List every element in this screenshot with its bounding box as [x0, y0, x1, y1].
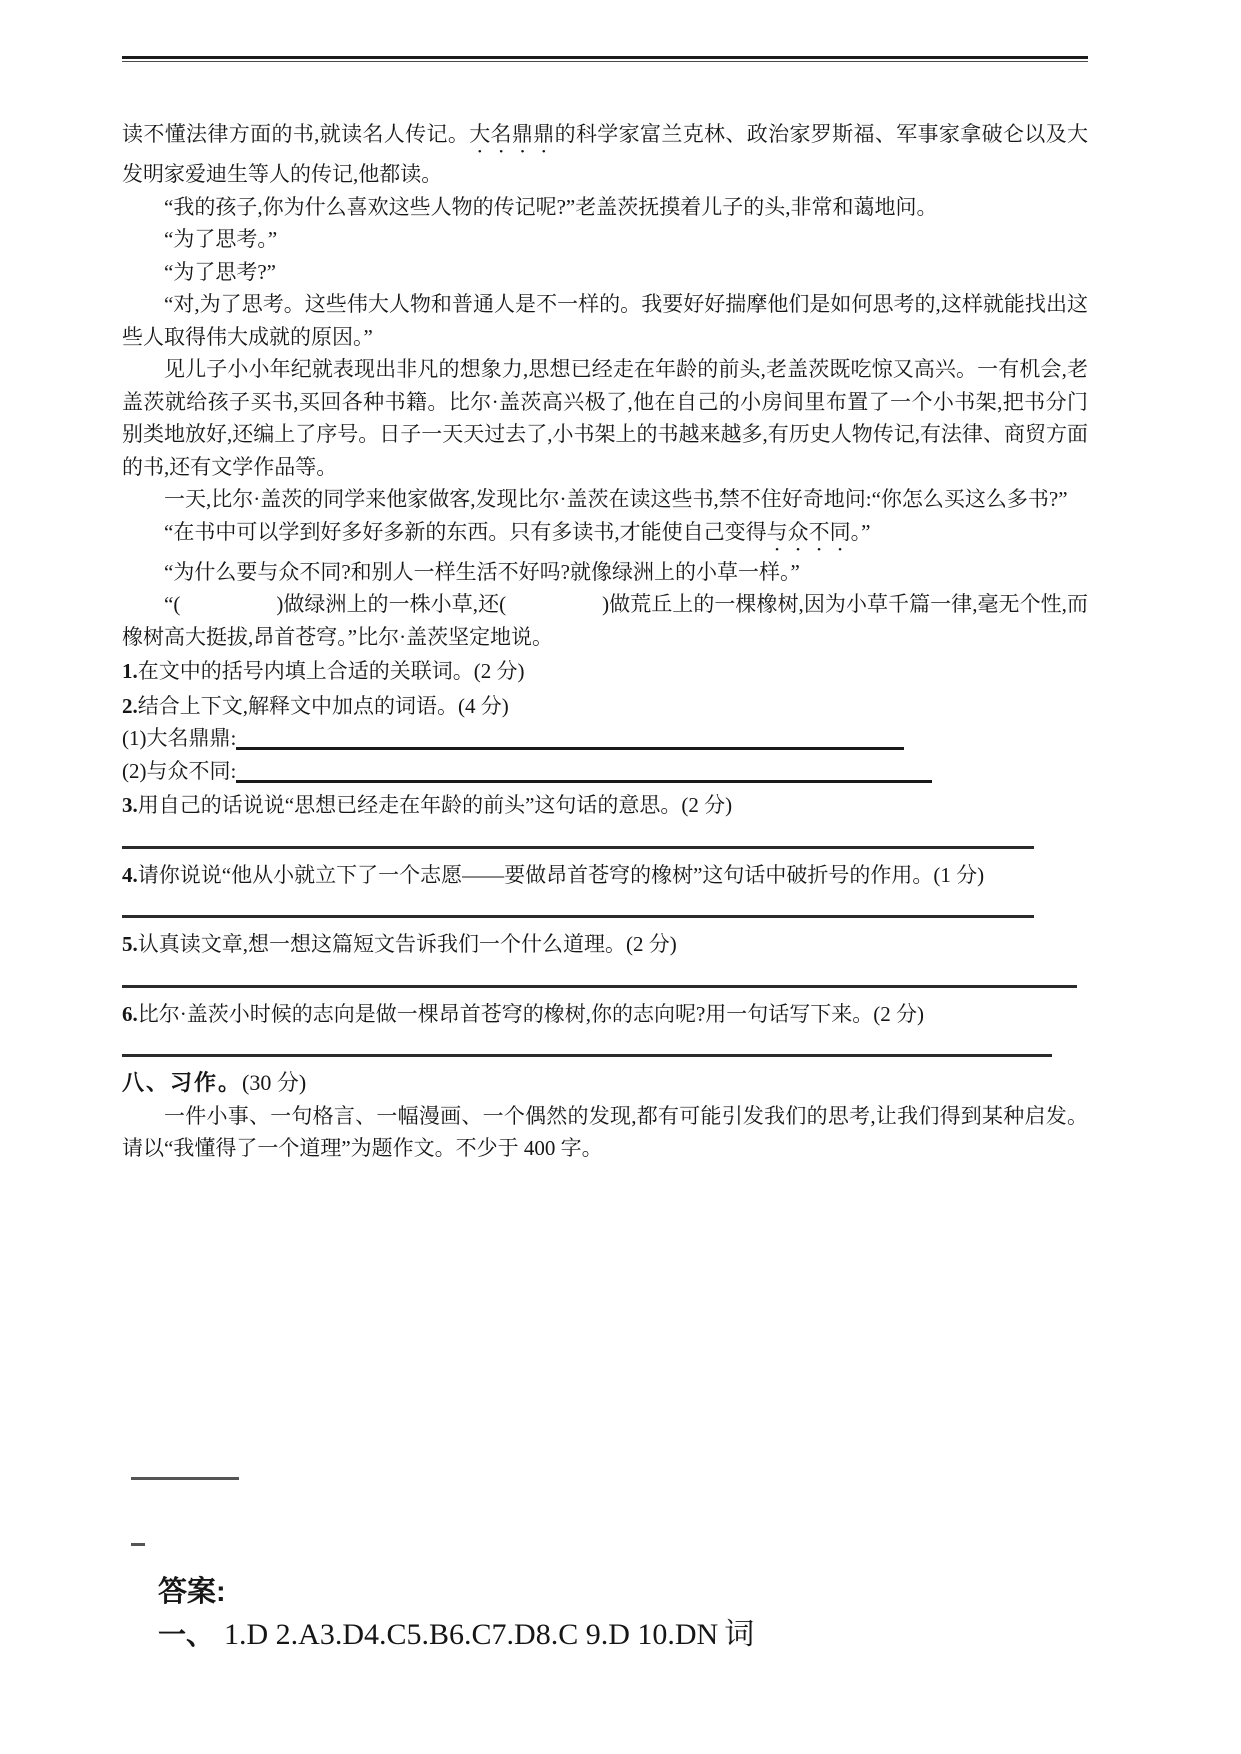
passage-text: “( [164, 592, 180, 616]
question-number: 4. [122, 863, 138, 887]
question-3: 3.用自己的话说说“思想已经走在年龄的前头”这句话的意思。(2 分) [122, 789, 1088, 822]
question-2-sub-2: (2)与众不同: [122, 755, 1088, 788]
question-number: 6. [122, 1002, 138, 1026]
passage-text: 读不懂法律方面的书,就读名人传记。 [122, 122, 469, 146]
passage-paragraph: “对,为了思考。这些伟大人物和普通人是不一样的。我要好好揣摩他们是如何思考的,这… [122, 288, 1088, 353]
answer-key: 答案: 一、1.D 2.A3.D4.C5.B6.C7.D8.C 9.D 10.D… [158, 1576, 754, 1653]
question-6: 6.比尔·盖茨小时候的志向是做一棵昂首苍穹的橡树,你的志向呢?用一句话写下来。(… [122, 998, 1088, 1031]
passage-paragraph: “()做绿洲上的一株小草,还()做荒丘上的一棵橡树,因为小草千篇一律,毫无个性,… [122, 588, 1088, 653]
page-mark-dash [131, 1543, 145, 1546]
question-2: 2.结合上下文,解释文中加点的词语。(4 分) [122, 690, 1088, 723]
question-number: 1. [122, 659, 138, 683]
question-2-sub-1: (1)大名鼎鼎: [122, 722, 1088, 755]
question-text: 比尔·盖茨小时候的志向是做一棵昂首苍穹的橡树,你的志向呢?用一句话写下来。(2 … [138, 1002, 924, 1026]
sub-question-label: (1)大名鼎鼎: [122, 726, 236, 750]
answer-key-row: 一、1.D 2.A3.D4.C5.B6.C7.D8.C 9.D 10.DN词 [158, 1618, 754, 1653]
question-number: 3. [122, 793, 138, 817]
passage-text: )做荒丘上的一棵橡树,因为小草千篇一律,毫无个性,而橡树高大挺拔,昂首苍穹。”比… [122, 592, 1088, 649]
passage-paragraph: 读不懂法律方面的书,就读名人传记。大名鼎鼎的科学家富兰克林、政治家罗斯福、军事家… [122, 118, 1088, 191]
passage-paragraph: 一天,比尔·盖茨的同学来他家做客,发现比尔·盖茨在读这些书,禁不住好奇地问:“你… [122, 483, 1088, 516]
answer-tail-char: 词 [724, 1618, 754, 1651]
answer-blank-line [122, 846, 1034, 849]
page-content: 读不懂法律方面的书,就读名人传记。大名鼎鼎的科学家富兰克林、政治家罗斯福、军事家… [122, 118, 1088, 1165]
exam-page: 读不懂法律方面的书,就读名人传记。大名鼎鼎的科学家富兰克林、政治家罗斯福、军事家… [0, 0, 1241, 1754]
question-4: 4.请你说说“他从小就立下了一个志愿——要做昂首苍穹的橡树”这句话中破折号的作用… [122, 859, 1088, 892]
passage-paragraph: “为了思考。” [122, 223, 1088, 256]
question-number: 5. [122, 932, 138, 956]
passage-paragraph: 见儿子小小年纪就表现出非凡的想象力,思想已经走在年龄的前头,老盖茨既吃惊又高兴。… [122, 353, 1088, 483]
answer-blank-line [122, 1054, 1052, 1057]
question-text: 用自己的话说说“思想已经走在年龄的前头”这句话的意思。(2 分) [138, 793, 732, 817]
question-5: 5.认真读文章,想一想这篇短文告诉我们一个什么道理。(2 分) [122, 928, 1088, 961]
answer-blank-line [236, 745, 904, 750]
composition-heading: 八、习作。(30 分) [122, 1067, 1088, 1100]
answer-blank-line [236, 778, 932, 783]
passage-text: )做绿洲上的一株小草,还( [276, 592, 506, 616]
header-rule [122, 56, 1088, 62]
emphasized-term: 与众不同 [767, 520, 851, 544]
answer-key-heading: 答案: [158, 1576, 754, 1609]
question-text: 认真读文章,想一想这篇短文告诉我们一个什么道理。(2 分) [138, 932, 677, 956]
emphasized-term: 大名鼎鼎 [469, 122, 554, 146]
question-1: 1.在文中的括号内填上合适的关联词。(2 分) [122, 655, 1088, 688]
answer-blank-line [122, 985, 1077, 988]
passage-text: 。” [851, 520, 871, 544]
passage-text: “在书中可以学到好多好多新的东西。只有多读书,才能使自己变得 [164, 520, 767, 544]
passage-paragraph: “在书中可以学到好多好多新的东西。只有多读书,才能使自己变得与众不同。” [122, 516, 1088, 556]
passage-paragraph: “为了思考?” [122, 256, 1088, 289]
passage-paragraph: “我的孩子,你为什么喜欢这些人物的传记呢?”老盖茨抚摸着儿子的头,非常和蔼地问。 [122, 191, 1088, 224]
answer-section-number: 一、 [158, 1619, 214, 1650]
section-title: 八、习作。 [122, 1070, 242, 1095]
question-text: 结合上下文,解释文中加点的词语。(4 分) [138, 694, 509, 718]
composition-body: 一件小事、一句格言、一幅漫画、一个偶然的发现,都有可能引发我们的思考,让我们得到… [122, 1100, 1088, 1165]
question-text: 在文中的括号内填上合适的关联词。(2 分) [138, 659, 525, 683]
passage-paragraph: “为什么要与众不同?和别人一样生活不好吗?就像绿洲上的小草一样。” [122, 556, 1088, 589]
question-number: 2. [122, 694, 138, 718]
answer-blank-line [122, 915, 1034, 918]
sub-question-label: (2)与众不同: [122, 759, 236, 783]
question-text: 请你说说“他从小就立下了一个志愿——要做昂首苍穹的橡树”这句话中破折号的作用。(… [138, 863, 984, 887]
footnote-rule [131, 1477, 239, 1480]
section-score: (30 分) [242, 1070, 306, 1095]
answer-items: 1.D 2.A3.D4.C5.B6.C7.D8.C 9.D 10.DN [224, 1618, 718, 1651]
